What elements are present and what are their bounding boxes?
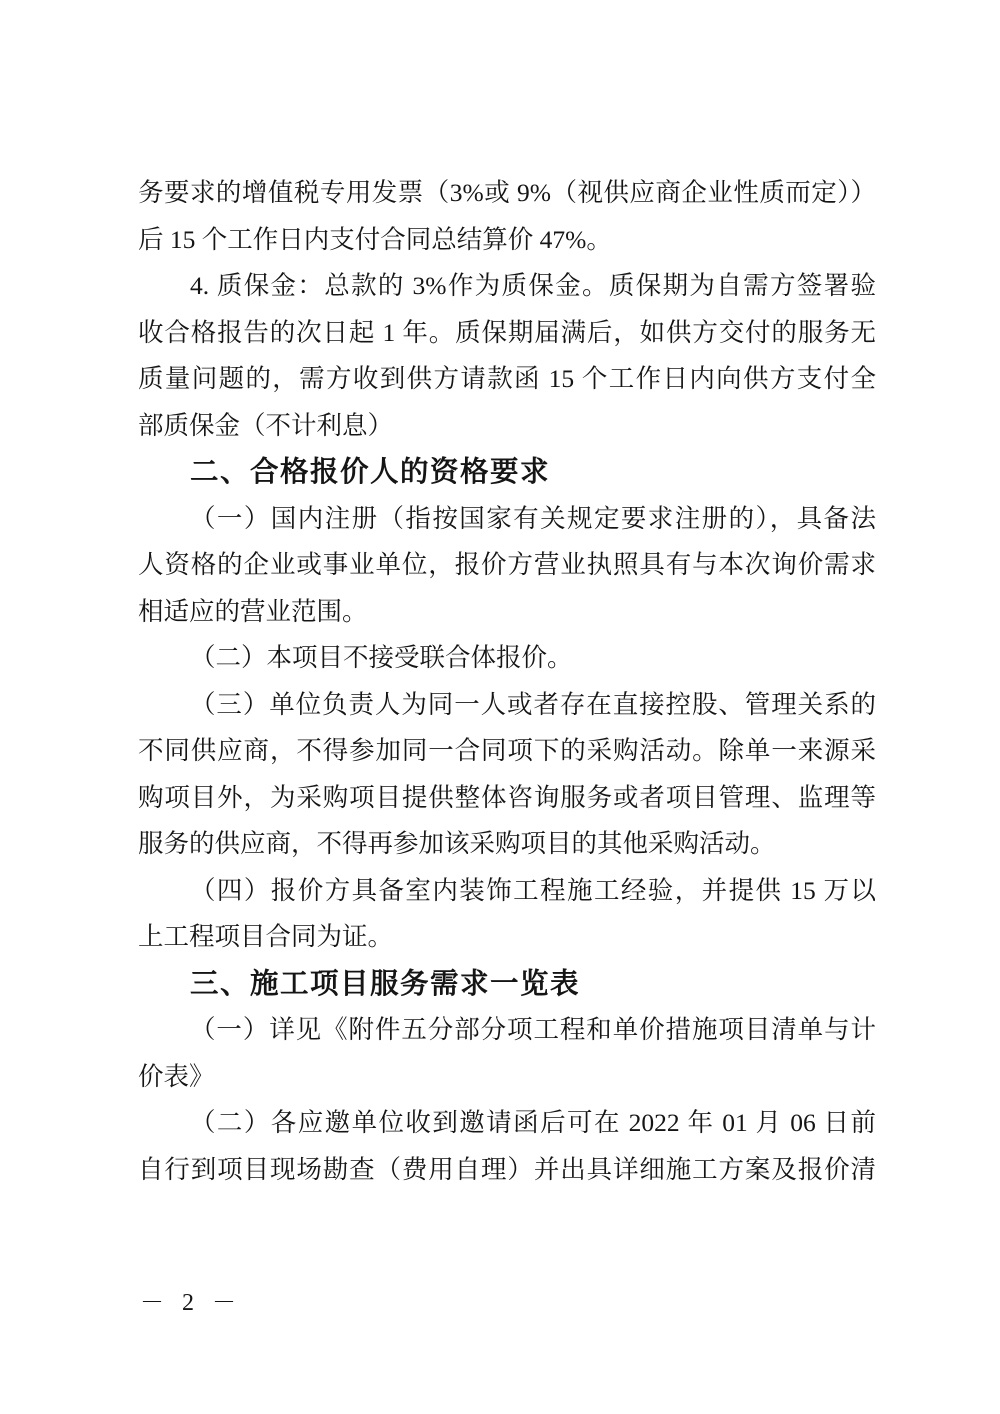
text-line: 部质保金（不计利息） — [138, 403, 876, 450]
text-line: 服务的供应商，不得再参加该采购项目的其他采购活动。 — [138, 821, 876, 868]
text-line: 收合格报告的次日起 1 年。质保期届满后，如供方交付的服务无 — [138, 310, 876, 357]
text-line: 相适应的营业范围。 — [138, 589, 876, 636]
text-line: （一）国内注册（指按国家有关规定要求注册的），具备法 — [138, 496, 876, 543]
text-line: （四）报价方具备室内装饰工程施工经验，并提供 15 万以 — [138, 868, 876, 915]
text-line: 后 15 个工作日内支付合同总结算价 47%。 — [138, 217, 876, 264]
page-number: － 2 － — [140, 1282, 242, 1317]
text-line: 质量问题的，需方收到供方请款函 15 个工作日内向供方支付全 — [138, 356, 876, 403]
text-line: 务要求的增值税专用发票（3%或 9%（视供应商企业性质而定）） — [138, 170, 876, 217]
document-lines: 务要求的增值税专用发票（3%或 9%（视供应商企业性质而定））后 15 个工作日… — [138, 170, 876, 1193]
text-line: 不同供应商，不得参加同一合同项下的采购活动。除单一来源采 — [138, 728, 876, 775]
text-line: （二）各应邀单位收到邀请函后可在 2022 年 01 月 06 日前 — [138, 1100, 876, 1147]
text-line: （二）本项目不接受联合体报价。 — [138, 635, 876, 682]
text-line: 人资格的企业或事业单位，报价方营业执照具有与本次询价需求 — [138, 542, 876, 589]
text-line: 自行到项目现场勘查（费用自理）并出具详细施工方案及报价清 — [138, 1147, 876, 1194]
section-heading: 三、施工项目服务需求一览表 — [138, 961, 876, 1008]
text-line: （三）单位负责人为同一人或者存在直接控股、管理关系的 — [138, 682, 876, 729]
text-line: 价表》 — [138, 1054, 876, 1101]
document-page: 务要求的增值税专用发票（3%或 9%（视供应商企业性质而定））后 15 个工作日… — [0, 0, 1000, 1414]
text-line: （一）详见《附件五分部分项工程和单价措施项目清单与计 — [138, 1007, 876, 1054]
text-line: 4. 质保金：总款的 3%作为质保金。质保期为自需方签署验 — [138, 263, 876, 310]
text-line: 上工程项目合同为证。 — [138, 914, 876, 961]
section-heading: 二、合格报价人的资格要求 — [138, 449, 876, 496]
text-line: 购项目外，为采购项目提供整体咨询服务或者项目管理、监理等 — [138, 775, 876, 822]
